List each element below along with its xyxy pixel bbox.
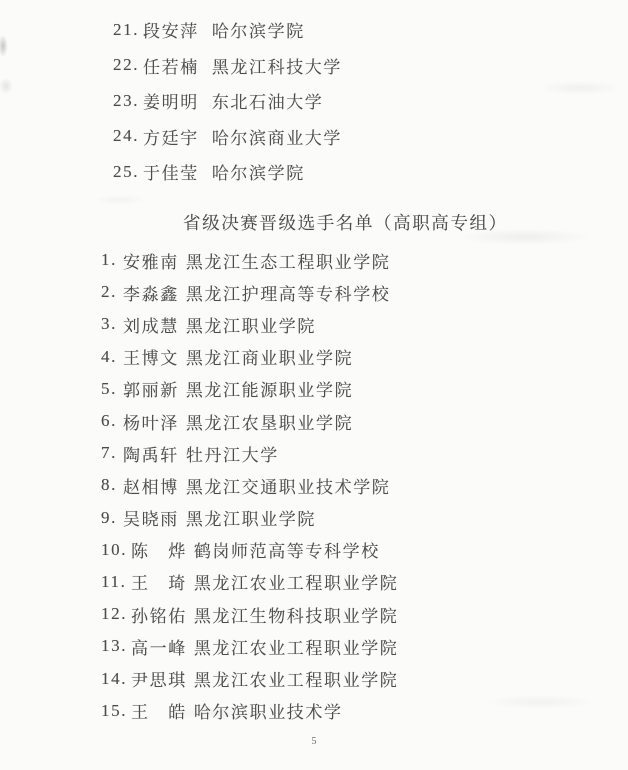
section-heading: 省级决赛晋级选手名单（高职高专组） (183, 210, 508, 235)
item-number: 10. (101, 540, 131, 560)
school-name: 黑龙江农业工程职业学院 (194, 569, 399, 594)
contestant-name: 吴晓雨 (123, 505, 179, 530)
contestant-name: 王 琦 (131, 569, 187, 594)
document-page: 21. 段安萍 哈尔滨学院 22. 任若楠 黑龙江科技大学 23. 姜明明 东北… (0, 0, 628, 770)
item-number: 12. (101, 604, 131, 624)
item-number: 23. (113, 91, 143, 111)
contestant-name: 于佳莹 (143, 159, 199, 184)
list-item: 15. 王 皓 哈尔滨职业技术学 (101, 695, 398, 727)
item-number: 1. (101, 250, 123, 270)
item-number: 25. (113, 162, 143, 182)
item-number: 11. (101, 572, 131, 592)
contestant-name: 方廷宇 (143, 124, 199, 149)
contestant-list-undergrad-continued: 21. 段安萍 哈尔滨学院 22. 任若楠 黑龙江科技大学 23. 姜明明 东北… (113, 12, 342, 190)
school-name: 黑龙江护理高等专科学校 (186, 280, 391, 305)
list-item: 10. 陈 烨 鹤岗师范高等专科学校 (101, 534, 398, 566)
list-item: 4. 王博文 黑龙江商业职业学院 (101, 341, 398, 373)
contestant-name: 安雅南 (123, 248, 179, 273)
school-name: 黑龙江农业工程职业学院 (194, 666, 399, 691)
item-number: 7. (101, 443, 123, 463)
list-item: 3. 刘成慧 黑龙江职业学院 (101, 308, 398, 340)
contestant-name: 孙铭佑 (131, 602, 187, 627)
school-name: 鹤岗师范高等专科学校 (194, 537, 380, 562)
list-item: 5. 郭丽新 黑龙江能源职业学院 (101, 373, 398, 405)
item-number: 6. (101, 411, 123, 431)
item-number: 22. (113, 55, 143, 75)
list-item: 14. 尹思琪 黑龙江农业工程职业学院 (101, 662, 398, 694)
contestant-name: 任若楠 (143, 53, 199, 78)
item-number: 8. (101, 475, 123, 495)
school-name: 黑龙江职业学院 (186, 505, 316, 530)
contestant-name: 高一峰 (131, 634, 187, 659)
item-number: 9. (101, 508, 123, 528)
list-item: 23. 姜明明 东北石油大学 (113, 83, 342, 119)
contestant-name: 刘成慧 (123, 312, 179, 337)
item-number: 21. (113, 20, 143, 40)
school-name: 黑龙江农垦职业学院 (186, 409, 353, 434)
school-name: 黑龙江能源职业学院 (186, 376, 353, 401)
school-name: 黑龙江科技大学 (212, 53, 342, 78)
contestant-name: 段安萍 (143, 17, 199, 42)
school-name: 哈尔滨职业技术学 (194, 698, 343, 723)
contestant-name: 赵相博 (123, 473, 179, 498)
contestant-name: 姜明明 (143, 88, 199, 113)
school-name: 黑龙江交通职业技术学院 (186, 473, 391, 498)
item-number: 15. (101, 701, 131, 721)
contestant-name: 陈 烨 (131, 537, 187, 562)
item-number: 4. (101, 347, 123, 367)
school-name: 黑龙江生物科技职业学院 (194, 602, 399, 627)
school-name: 黑龙江商业职业学院 (186, 344, 353, 369)
list-item: 7. 陶禹轩 牡丹江大学 (101, 437, 398, 469)
list-item: 25. 于佳莹 哈尔滨学院 (113, 154, 342, 190)
item-number: 24. (113, 126, 143, 146)
contestant-name: 王博文 (123, 344, 179, 369)
item-number: 2. (101, 282, 123, 302)
contestant-name: 杨叶泽 (123, 409, 179, 434)
school-name: 哈尔滨学院 (212, 17, 305, 42)
list-item: 8. 赵相博 黑龙江交通职业技术学院 (101, 469, 398, 501)
school-name: 黑龙江农业工程职业学院 (194, 634, 399, 659)
item-number: 14. (101, 669, 131, 689)
list-item: 2. 李淼鑫 黑龙江护理高等专科学校 (101, 276, 398, 308)
contestant-name: 王 皓 (131, 698, 187, 723)
list-item: 21. 段安萍 哈尔滨学院 (113, 12, 342, 48)
contestant-name: 尹思琪 (131, 666, 187, 691)
contestant-list-vocational: 1. 安雅南 黑龙江生态工程职业学院 2. 李淼鑫 黑龙江护理高等专科学校 3.… (101, 244, 398, 727)
list-item: 13. 高一峰 黑龙江农业工程职业学院 (101, 630, 398, 662)
contestant-name: 李淼鑫 (123, 280, 179, 305)
contestant-name: 郭丽新 (123, 376, 179, 401)
item-number: 5. (101, 379, 123, 399)
school-name: 牡丹江大学 (186, 441, 279, 466)
school-name: 黑龙江职业学院 (186, 312, 316, 337)
list-item: 22. 任若楠 黑龙江科技大学 (113, 48, 342, 84)
list-item: 6. 杨叶泽 黑龙江农垦职业学院 (101, 405, 398, 437)
list-item: 12. 孙铭佑 黑龙江生物科技职业学院 (101, 598, 398, 630)
item-number: 13. (101, 636, 131, 656)
page-number: 5 (0, 736, 628, 747)
school-name: 东北石油大学 (212, 88, 324, 113)
item-number: 3. (101, 314, 123, 334)
list-item: 1. 安雅南 黑龙江生态工程职业学院 (101, 244, 398, 276)
school-name: 哈尔滨学院 (212, 159, 305, 184)
list-item: 9. 吴晓雨 黑龙江职业学院 (101, 502, 398, 534)
list-item: 24. 方廷宇 哈尔滨商业大学 (113, 119, 342, 155)
school-name: 黑龙江生态工程职业学院 (186, 248, 391, 273)
school-name: 哈尔滨商业大学 (212, 124, 342, 149)
list-item: 11. 王 琦 黑龙江农业工程职业学院 (101, 566, 398, 598)
contestant-name: 陶禹轩 (123, 441, 179, 466)
